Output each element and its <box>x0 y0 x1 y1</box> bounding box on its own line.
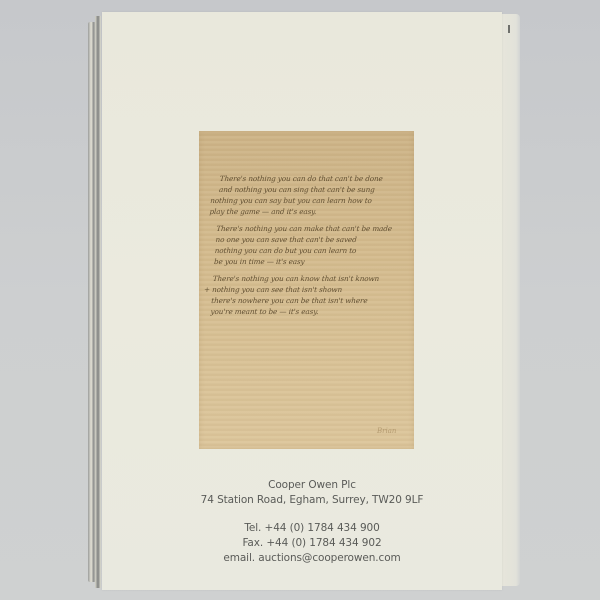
contact-details: Cooper Owen Plc 74 Station Road, Egham, … <box>102 478 522 566</box>
lyric-line: There's nothing you can make that can't … <box>208 223 411 234</box>
lyric-line: and nothing you can sing that can't be s… <box>211 184 414 195</box>
lyric-line: you're meant to be — it's easy. <box>202 306 405 317</box>
lyric-stanza-1: There's nothing you can do that can't be… <box>209 173 414 217</box>
handwritten-lyrics: There's nothing you can do that can't be… <box>202 173 414 323</box>
fax: Fax. +44 (0) 1784 434 902 <box>102 536 522 551</box>
company-name: Cooper Owen Plc <box>102 478 522 493</box>
lyric-line: There's nothing you can do that can't be… <box>211 173 414 184</box>
lyric-line: nothing you can say but you can learn ho… <box>210 195 413 206</box>
lyric-line: no one you can save that can't be saved <box>207 234 410 245</box>
company-address: 74 Station Road, Egham, Surrey, TW20 9LF <box>102 493 522 508</box>
lyric-line: + nothing you can see that isn't shown <box>204 284 407 295</box>
signature: Brian <box>377 427 396 435</box>
lyric-sheet-photo: There's nothing you can do that can't be… <box>199 131 414 449</box>
lyric-line: play the game — and it's easy. <box>209 206 412 217</box>
spacer <box>102 508 522 521</box>
lyric-stanza-2: There's nothing you can make that can't … <box>206 223 411 267</box>
lyric-line: There's nothing you can know that isn't … <box>204 273 407 284</box>
email: email. auctions@cooperowen.com <box>102 551 522 566</box>
lyric-line: nothing you can do but you can learn to <box>206 245 409 256</box>
lyric-line: be you in time — it's easy <box>206 256 409 267</box>
lyric-stanza-3: There's nothing you can know that isn't … <box>202 273 407 317</box>
catalogue-page-stack-edge <box>95 16 101 588</box>
page-edge-mark <box>508 25 510 33</box>
lyric-line: there's nowhere you can be that isn't wh… <box>203 295 406 306</box>
telephone: Tel. +44 (0) 1784 434 900 <box>102 521 522 536</box>
